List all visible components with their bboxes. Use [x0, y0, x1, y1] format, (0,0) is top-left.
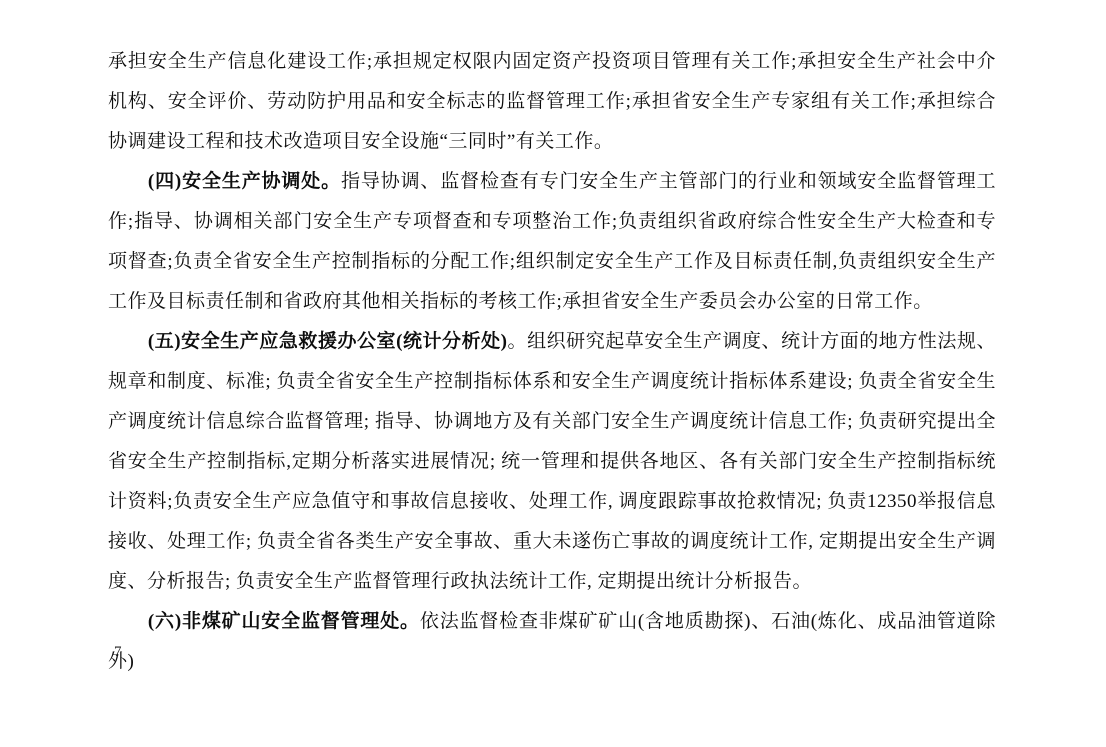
section-4-heading: (四)安全生产协调处。: [148, 171, 341, 192]
paragraph-section-5: (五)安全生产应急救援办公室(统计分析处)。组织研究起草安全生产调度、统计方面的…: [108, 322, 996, 602]
paragraph-text: 。组织研究起草安全生产调度、统计方面的地方性法规、规章和制度、标准; 负责全省安…: [108, 331, 996, 592]
document-body: 承担安全生产信息化建设工作;承担规定权限内固定资产投资项目管理有关工作;承担安全…: [108, 42, 996, 682]
paragraph-text: 承担安全生产信息化建设工作;承担规定权限内固定资产投资项目管理有关工作;承担安全…: [108, 51, 996, 152]
section-5-heading: (五)安全生产应急救援办公室(统计分析处): [148, 331, 508, 352]
section-6-heading: (六)非煤矿山安全监督管理处。: [148, 611, 420, 632]
paragraph-text: 指导协调、监督检查有专门安全生产主管部门的行业和领域安全监督管理工作;指导、协调…: [108, 171, 996, 312]
page-number: 7: [114, 642, 122, 662]
paragraph-continuation: 承担安全生产信息化建设工作;承担规定权限内固定资产投资项目管理有关工作;承担安全…: [108, 42, 996, 162]
paragraph-section-6: (六)非煤矿山安全监督管理处。依法监督检查非煤矿矿山(含地质勘探)、石油(炼化、…: [108, 602, 996, 682]
document-page: 承担安全生产信息化建设工作;承担规定权限内固定资产投资项目管理有关工作;承担安全…: [0, 0, 1106, 747]
paragraph-section-4: (四)安全生产协调处。指导协调、监督检查有专门安全生产主管部门的行业和领域安全监…: [108, 162, 996, 322]
